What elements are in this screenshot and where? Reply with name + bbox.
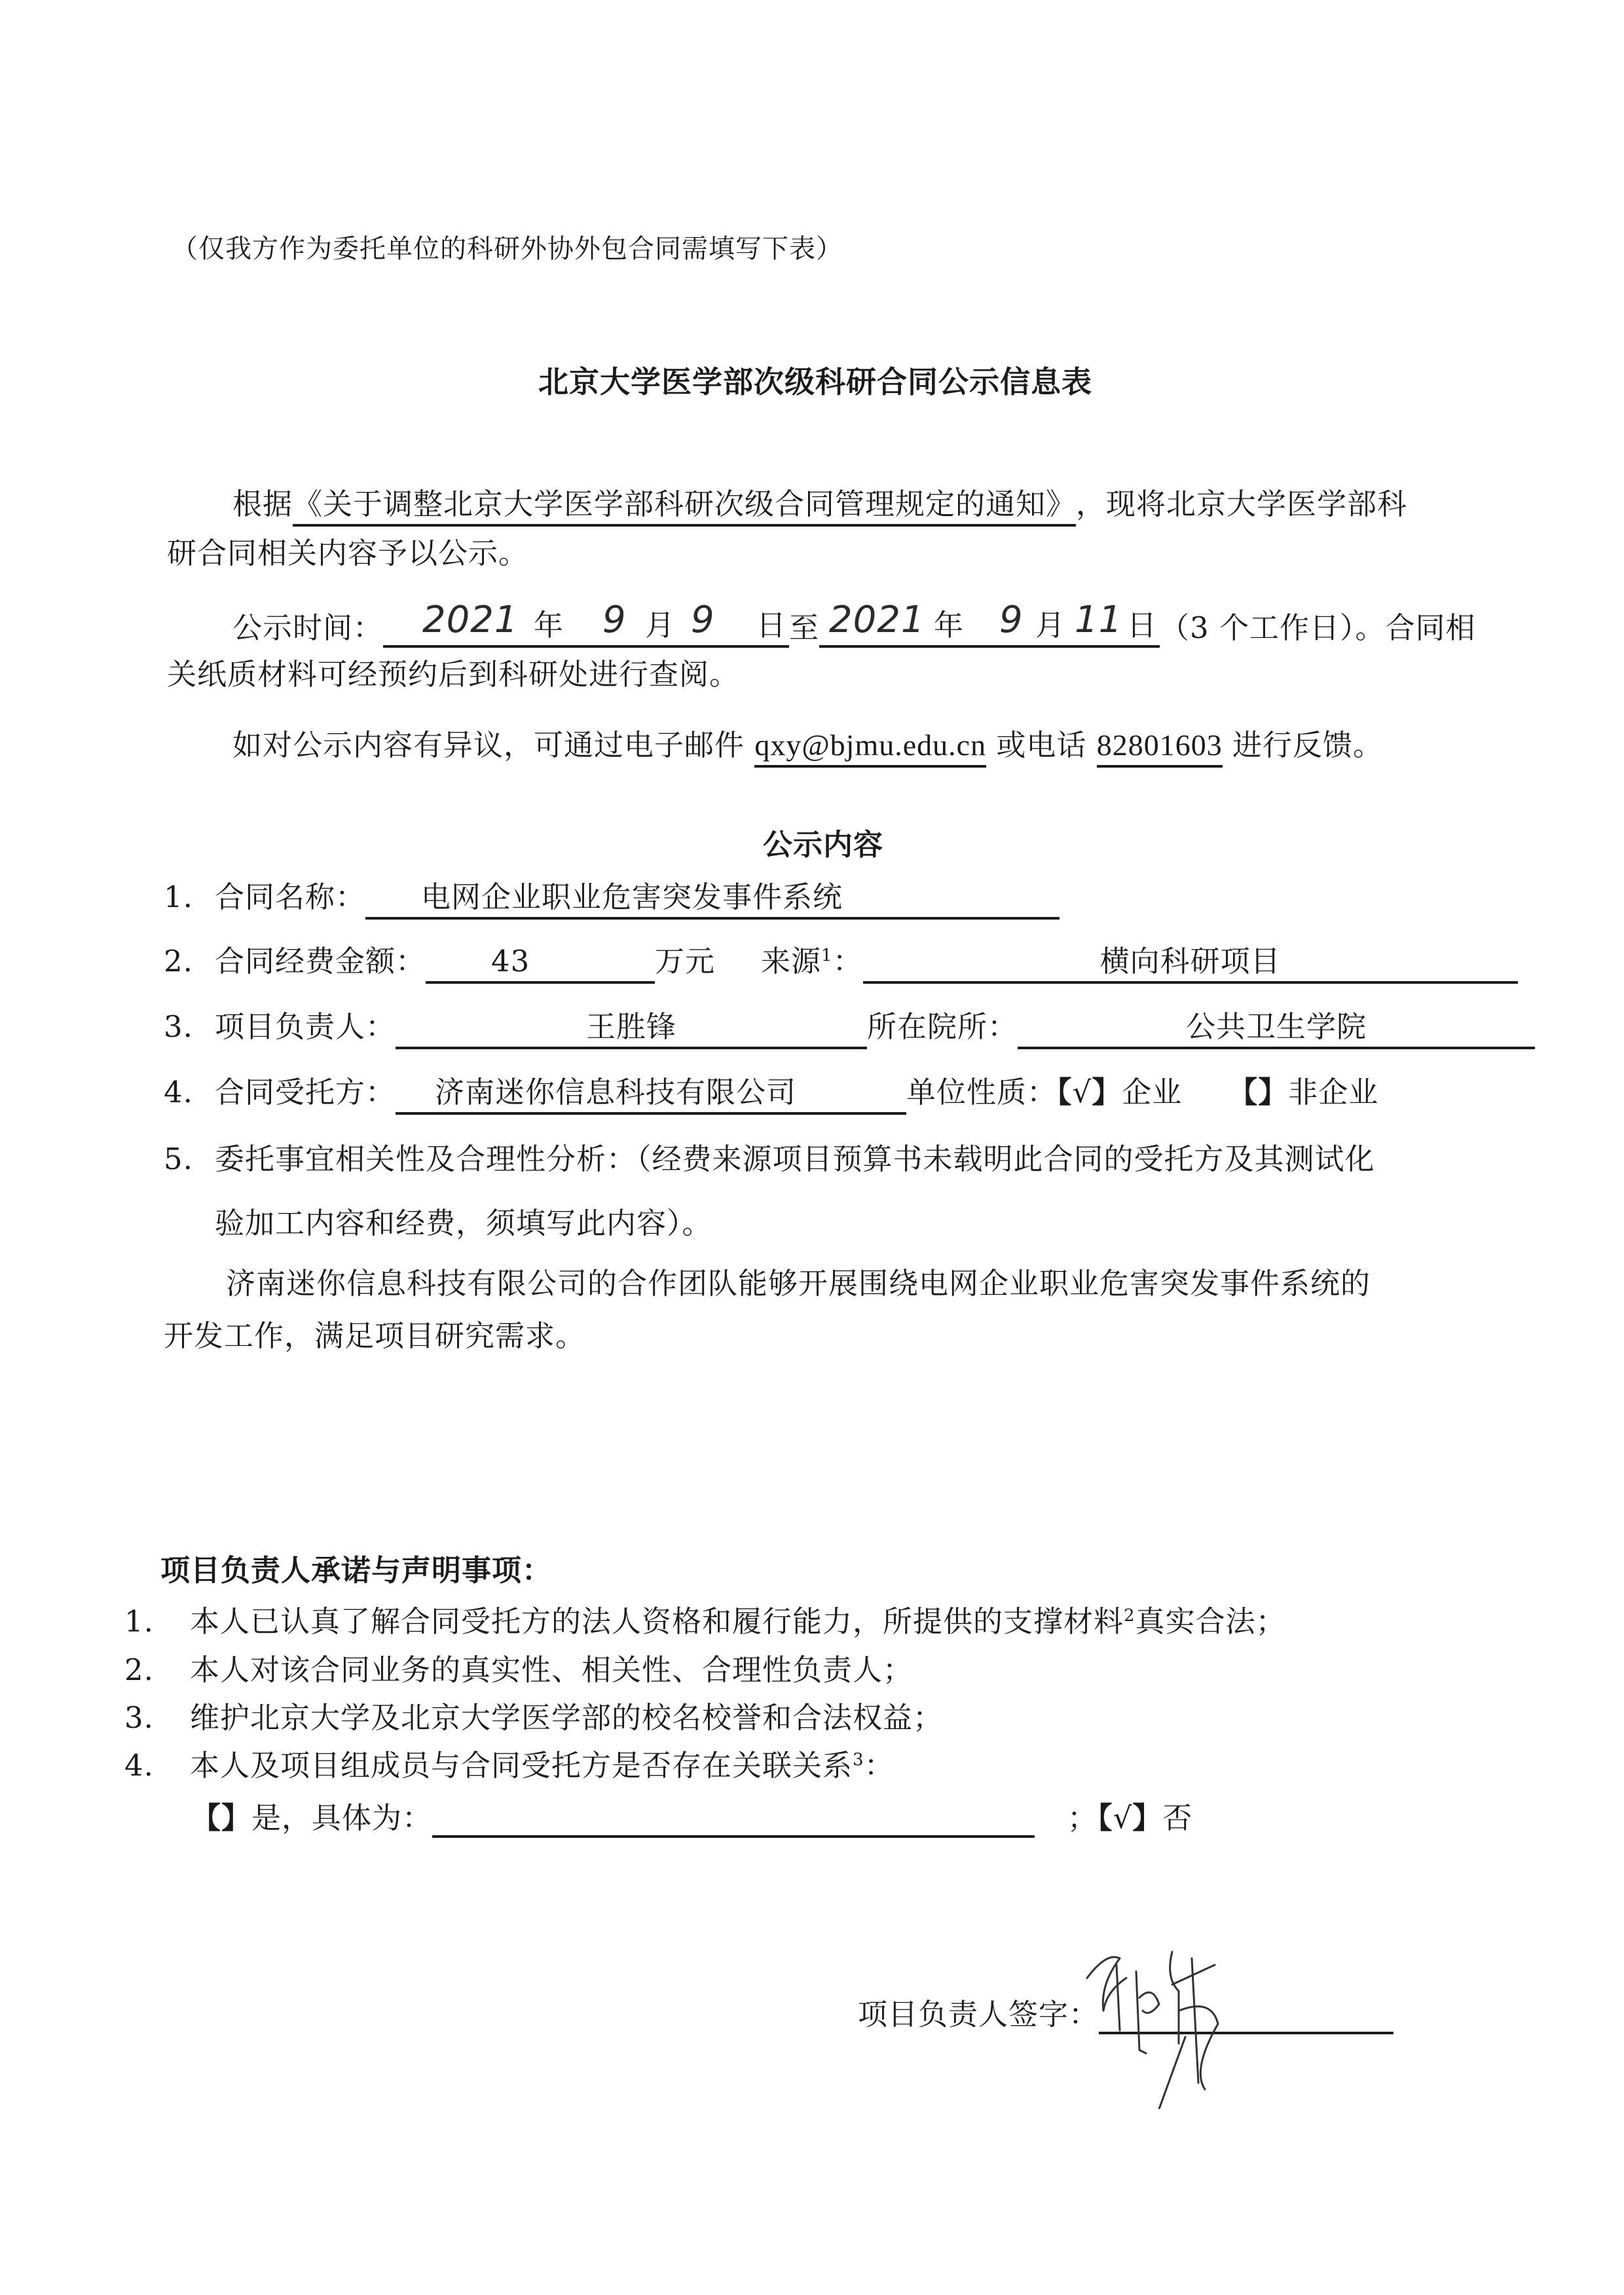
item-contract-name: 1.合同名称：电网企业职业危害突发事件系统 bbox=[164, 878, 1060, 920]
analysis-label-line-2: 验加工内容和经费，须填写此内容）。 bbox=[215, 1204, 712, 1243]
amount-field[interactable]: 43 bbox=[426, 942, 655, 984]
feedback-prefix: 如对公示内容有异议，可通过电子邮件 bbox=[232, 728, 754, 762]
intro-line-1: 根据《关于调整北京大学医学部科研次级合同管理规定的通知》，现将北京大学医学部科 bbox=[232, 485, 1407, 527]
start-year: 2021 bbox=[422, 601, 519, 640]
publicity-label: 公示时间： bbox=[232, 610, 383, 645]
dept-field[interactable]: 公共卫生学院 bbox=[1018, 1007, 1535, 1049]
start-month: 9 bbox=[602, 601, 627, 640]
header-note: （仅我方作为委托单位的科研外协外包合同需填写下表） bbox=[172, 229, 843, 269]
feedback-email-link[interactable]: qxy@bjmu.edu.cn bbox=[754, 726, 986, 768]
enterprise-option-label: 企业 bbox=[1122, 1075, 1182, 1110]
non-enterprise-checkbox[interactable]: 【】 bbox=[1228, 1075, 1288, 1110]
commitment-title: 项目负责人承诺与声明事项： bbox=[160, 1551, 552, 1590]
section-title: 公示内容 bbox=[763, 825, 883, 865]
end-year-unit: 年 bbox=[934, 606, 964, 645]
relation-yes-checkbox[interactable]: 【】 bbox=[191, 1801, 251, 1835]
intro-suffix: ，现将北京大学医学部科 bbox=[1076, 487, 1407, 521]
source-label: 来源 bbox=[761, 944, 821, 979]
period-suffix: （3 个工作日）。合同相 bbox=[1160, 610, 1475, 645]
item-number: 5. bbox=[164, 1140, 215, 1179]
start-year-unit: 年 bbox=[534, 606, 564, 645]
handwritten-signature-icon bbox=[1080, 1939, 1264, 2109]
analysis-content-line-1[interactable]: 济南迷你信息科技有限公司的合作团队能够开展围绕电网企业职业危害突发事件系统的 bbox=[226, 1264, 1371, 1303]
end-day-unit: 日 bbox=[1127, 606, 1157, 645]
item-leader: 3.项目负责人：王胜锋所在院所：公共卫生学院 bbox=[164, 1007, 1535, 1049]
item-analysis: 5.委托事宜相关性及合理性分析：（经费来源项目预算书未载明此合同的受托方及其测试… bbox=[164, 1140, 1375, 1179]
nature-label: 单位性质： bbox=[906, 1075, 1057, 1110]
contractor-field[interactable]: 济南迷你信息科技有限公司 bbox=[396, 1073, 906, 1115]
commitment-item: 3.维护北京大学及北京大学医学部的校名校誉和合法权益； bbox=[124, 1698, 943, 1738]
page-title: 北京大学医学部次级科研合同公示信息表 bbox=[538, 362, 1092, 401]
end-date-field[interactable]: 2021 年 9 月 11 日 bbox=[819, 606, 1160, 648]
notice-link[interactable]: 《关于调整北京大学医学部科研次级合同管理规定的通知》 bbox=[293, 485, 1076, 527]
checkmark-icon: √ bbox=[1073, 1075, 1092, 1110]
relation-detail-field[interactable] bbox=[432, 1801, 1035, 1838]
feedback-line: 如对公示内容有异议，可通过电子邮件 qxy@bjmu.edu.cn 或电话 82… bbox=[232, 726, 1383, 768]
source-field[interactable]: 横向科研项目 bbox=[863, 942, 1518, 984]
leader-label: 项目负责人： bbox=[215, 1009, 396, 1044]
analysis-label-line-1: 委托事宜相关性及合理性分析：（经费来源项目预算书未载明此合同的受托方及其测试化 bbox=[215, 1142, 1375, 1176]
end-month: 9 bbox=[999, 601, 1024, 640]
relation-separator: ； bbox=[1067, 1801, 1098, 1835]
analysis-content-line-2[interactable]: 开发工作，满足项目研究需求。 bbox=[164, 1316, 585, 1356]
enterprise-checkbox[interactable]: 【√】 bbox=[1057, 1075, 1122, 1110]
relation-line: 【】是，具体为：；【√】否 bbox=[191, 1799, 1192, 1838]
item-contractor: 4.合同受托方：济南迷你信息科技有限公司单位性质：【√】企业【】非企业 bbox=[164, 1073, 1378, 1115]
item-number: 4. bbox=[164, 1073, 215, 1112]
non-enterprise-option-label: 非企业 bbox=[1288, 1075, 1378, 1110]
source-colon: ： bbox=[833, 944, 863, 979]
relation-no-checkbox[interactable]: 【√】 bbox=[1098, 1801, 1162, 1835]
to-label: 至 bbox=[789, 610, 819, 645]
intro-prefix: 根据 bbox=[232, 487, 293, 521]
end-month-unit: 月 bbox=[1035, 606, 1065, 645]
item-number: 3. bbox=[164, 1007, 215, 1047]
feedback-middle: 或电话 bbox=[986, 728, 1097, 762]
feedback-phone[interactable]: 82801603 bbox=[1097, 726, 1223, 768]
contract-name-label: 合同名称： bbox=[215, 880, 365, 914]
commitment-item: 1.本人已认真了解合同受托方的法人资格和履行能力，所提供的支撑材料2真实合法； bbox=[124, 1602, 1286, 1641]
publicity-period-line-2: 关纸质材料可经预约后到科研处进行查阅。 bbox=[167, 655, 739, 694]
footnote-1: 1 bbox=[821, 946, 833, 965]
footnote-3: 3 bbox=[853, 1750, 864, 1770]
item-number: 2. bbox=[164, 942, 215, 981]
start-month-unit: 月 bbox=[645, 606, 675, 645]
checkmark-icon: √ bbox=[1113, 1801, 1133, 1835]
relation-yes-label: 是，具体为： bbox=[251, 1801, 432, 1835]
item-number: 1. bbox=[164, 878, 215, 917]
publicity-period-line-1: 公示时间： 2021 年 9 月 9 日 至 2021 年 9 月 11 日 （… bbox=[232, 606, 1475, 648]
amount-label: 合同经费金额： bbox=[215, 944, 426, 979]
footnote-2: 2 bbox=[1124, 1606, 1135, 1626]
end-day: 11 bbox=[1075, 601, 1122, 640]
feedback-suffix: 进行反馈。 bbox=[1223, 728, 1383, 762]
signature-label: 项目负责人签字： bbox=[858, 1997, 1099, 2032]
item-amount: 2.合同经费金额：43万元来源1：横向科研项目 bbox=[164, 942, 1518, 984]
commitment-item: 2.本人对该合同业务的真实性、相关性、合理性负责人； bbox=[124, 1651, 913, 1690]
start-day: 9 bbox=[691, 601, 715, 640]
contract-name-field[interactable]: 电网企业职业危害突发事件系统 bbox=[365, 878, 1060, 920]
leader-field[interactable]: 王胜锋 bbox=[396, 1007, 867, 1049]
relation-no-label: 否 bbox=[1162, 1801, 1192, 1835]
amount-unit: 万元 bbox=[655, 944, 715, 979]
intro-line-2: 研合同相关内容予以公示。 bbox=[167, 534, 528, 573]
dept-label: 所在院所： bbox=[867, 1009, 1018, 1044]
commitment-item: 4.本人及项目组成员与合同受托方是否存在关联关系3： bbox=[124, 1746, 895, 1785]
start-date-field[interactable]: 2021 年 9 月 9 日 bbox=[383, 606, 789, 648]
contractor-label: 合同受托方： bbox=[215, 1075, 396, 1110]
start-day-unit: 日 bbox=[756, 606, 786, 645]
end-year: 2021 bbox=[829, 601, 925, 640]
